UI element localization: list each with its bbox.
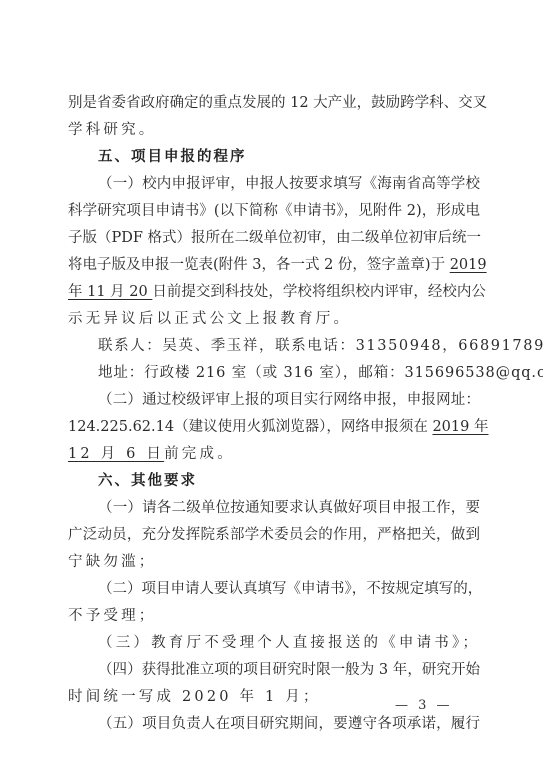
line-text: 将电子版及申报一览表(附件 3，各一式 2 份，签字盖章)于 (68, 257, 450, 273)
page-number: — 3 — (395, 698, 453, 713)
underlined-date: 年 11 月 20 (68, 284, 152, 300)
underlined-date: 2019 (450, 257, 487, 273)
paragraph-line: 124.225.62.14（建议使用火狐浏览器），网络申报须在 2019 年 (68, 414, 480, 441)
document-page: 别是省委省政府确定的重点发展的 12 大产业，鼓励跨学科、交叉 学科研究。 五、… (0, 0, 543, 768)
paragraph-line: 学科研究。 (68, 117, 480, 144)
paragraph-line: 广泛动员，充分发挥院系部学术委员会的作用，严格把关，做到 (68, 522, 480, 549)
underlined-date: 12 月 6 日 (68, 446, 164, 462)
paragraph-line: （二）项目申请人要认真填写《申请书》，不按规定填写的， (68, 576, 480, 603)
section-heading-other-requirements: 六、其他要求 (68, 468, 480, 495)
line-text: 日前提交到科技处，学校将组织校内评审，经校内公 (152, 284, 486, 300)
paragraph-line: （三）教育厅不受理个人直接报送的《申请书》； (68, 630, 480, 657)
paragraph-line: 年 11 月 20 日前提交到科技处，学校将组织校内评审，经校内公 (68, 279, 480, 306)
paragraph-line: （五）项目负责人在项目研究期间，要遵守各项承诺，履行 (68, 711, 480, 738)
paragraph-line: 将电子版及申报一览表(附件 3，各一式 2 份，签字盖章)于 2019 (68, 252, 480, 279)
paragraph-line: 别是省委省政府确定的重点发展的 12 大产业，鼓励跨学科、交叉 (68, 90, 480, 117)
paragraph-line: （四）获得批准立项的项目研究时限一般为 3 年，研究开始 (68, 657, 480, 684)
section-heading-procedure: 五、项目申报的程序 (68, 144, 480, 171)
paragraph-line: 12 月 6 日前完成。 (68, 441, 480, 468)
contact-line: 联系人：吴英、季玉祥，联系电话：31350948，66891789 (68, 333, 480, 360)
paragraph-line: 科学研究项目申请书》(以下简称《申请书》，见附件 2)，形成电 (68, 198, 480, 225)
address-line: 地址：行政楼 216 室（或 316 室），邮箱：315696538@qq.co… (68, 360, 480, 387)
line-text: 前完成。 (164, 446, 235, 462)
paragraph-line: （一）请各二级单位按通知要求认真做好项目申报工作，要 (68, 495, 480, 522)
paragraph-line: 不予受理； (68, 603, 480, 630)
paragraph-line: 宁缺勿滥； (68, 549, 480, 576)
underlined-date: 2019 年 (432, 419, 488, 435)
line-text: 124.225.62.14（建议使用火狐浏览器），网络申报须在 (68, 419, 432, 435)
paragraph-line: 示无异议后以正式公文上报教育厅。 (68, 306, 480, 333)
paragraph-line: 子版（PDF 格式）报所在二级单位初审，由二级单位初审后统一 (68, 225, 480, 252)
paragraph-line: （二）通过校级评审上报的项目实行网络申报，申报网址： (68, 387, 480, 414)
paragraph-line: （一）校内申报评审，申报人按要求填写《海南省高等学校 (68, 171, 480, 198)
document-body: 别是省委省政府确定的重点发展的 12 大产业，鼓励跨学科、交叉 学科研究。 五、… (68, 90, 480, 738)
